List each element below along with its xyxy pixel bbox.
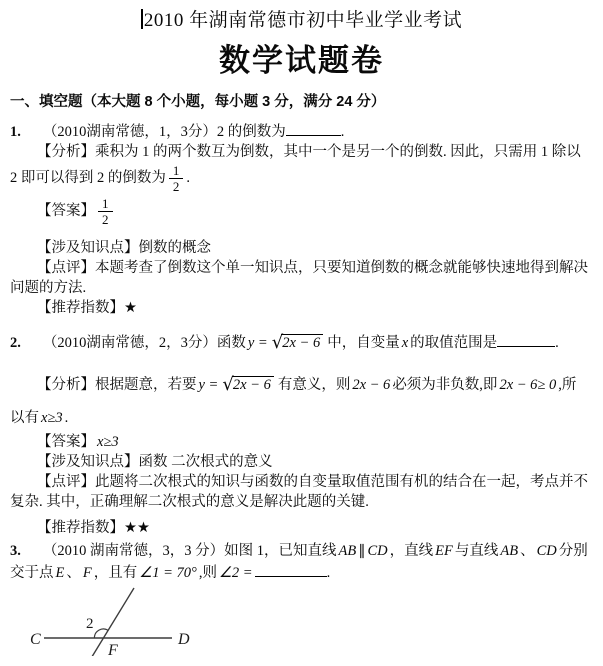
problem-2-knowledge: 【涉及知识点】函数 二次根式的意义 <box>10 452 593 472</box>
problem-1-analysis-line2-period: . <box>186 170 190 186</box>
angle-2-label: 2 <box>86 616 94 632</box>
exam-title: 2010 年湖南常德市初中毕业学业考试 <box>144 10 462 31</box>
stem-text: ，且有 <box>94 565 138 581</box>
math-y-equals: y = <box>248 335 268 351</box>
problem-2-analysis-text: 【分析】根据题意，若要 <box>37 377 197 393</box>
problem-2-answer-label: 【答案】 <box>37 434 95 450</box>
fraction-numerator: 1 <box>98 197 113 213</box>
problem-2-analysis-tail: ,所 <box>558 377 576 393</box>
problem-2-analysis-mid1: 有意义，则 <box>278 377 351 393</box>
math-inequality: x≥3 <box>41 410 63 426</box>
problem-2-analysis-line2: 以有x≥3. <box>10 408 593 428</box>
problem-1-answer-label: 【答案】 <box>37 203 95 219</box>
math-inequality: x≥3 <box>97 434 119 450</box>
math-expr: 2x − 6 <box>352 377 390 393</box>
problem-1-comment-line1: 【点评】本题考查了倒数这个单一知识点，只要知道倒数的概念就能够快速地得到解决 <box>10 258 593 278</box>
rating-label: 【推荐指数】 <box>37 520 124 536</box>
stem-text: 分别 <box>559 543 588 559</box>
fraction-numerator: 1 <box>169 164 184 180</box>
math-point-F: F <box>83 565 92 581</box>
problem-3-number: 3. <box>10 543 21 559</box>
problem-2-analysis-line2-text: 以有 <box>10 410 39 426</box>
problem-1-stem-text: （2010湖南常德，1，3分）2 的倒数为 <box>43 124 286 140</box>
answer-fraction-one-half: 12 <box>98 197 113 227</box>
problem-2-number: 2. <box>10 335 21 351</box>
stem-text: 、 <box>66 565 81 581</box>
math-y-equals: y = <box>199 377 219 393</box>
math-line-CD: CD <box>367 543 387 559</box>
problem-1-analysis-line2: 2 即可以得到 2 的倒数为12. <box>10 162 593 194</box>
math-inequality: 2x − 6≥ 0 <box>499 377 556 393</box>
sqrt-expression: √2x − 6 <box>222 372 275 398</box>
radicand: 2x − 6 <box>281 334 323 351</box>
math-angle-1: ∠1 = 70° <box>139 565 197 581</box>
math-line-AB: AB <box>339 543 357 559</box>
point-D-label: D <box>177 631 190 648</box>
stem-text: ,则 <box>199 565 217 581</box>
exam-title-row: 2010 年湖南常德市初中毕业学业考试 <box>10 8 593 34</box>
problem-1-answer: 【答案】12 <box>10 194 593 228</box>
problem-2-analysis-line2-period: . <box>65 410 69 426</box>
problem-1-analysis-line2-text: 2 即可以得到 2 的倒数为 <box>10 170 166 186</box>
problem-1-stem: 1.（2010湖南常德，1，3分）2 的倒数为. <box>10 122 593 142</box>
problem-2-answer: 【答案】x≥3 <box>10 432 593 452</box>
fraction-one-half: 12 <box>169 164 184 194</box>
problem-2-stem-mid: 中，自变量 <box>327 335 400 351</box>
point-F-label: F <box>107 642 118 656</box>
radicand: 2x − 6 <box>232 376 274 393</box>
problem-2-stem-post: 的取值范围是 <box>410 335 497 351</box>
math-var-x: x <box>402 335 408 351</box>
problem-3-answer-blank <box>255 563 327 577</box>
problem-2-analysis-line1: 【分析】根据题意，若要y =√2x − 6有意义，则2x − 6必须为非负数,即… <box>10 372 593 398</box>
problem-3-stem-line1: 3.（2010 湖南常德，3，3 分）如图 1，已知直线AB∥CD，直线EF与直… <box>10 540 593 562</box>
problem-2-answer-blank <box>497 333 555 347</box>
point-C-label: C <box>30 631 41 648</box>
math-line-AB: AB <box>500 543 518 559</box>
problem-2-comment-line1: 【点评】此题将二次根式的知识与函数的自变量取值范围有机的结合在一起，考点并不 <box>10 472 593 492</box>
stem-text: ，直线 <box>390 543 434 559</box>
problem-2-stem: 2.（2010湖南常德，2，3分）函数y =√2x − 6中，自变量x的取值范围… <box>10 330 593 356</box>
fraction-denominator: 2 <box>169 179 184 194</box>
exam-subtitle: 数学试题卷 <box>10 42 593 80</box>
problem-1-comment-line2: 问题的方法. <box>10 278 593 298</box>
stem-text: 交于点 <box>10 565 54 581</box>
problem-2-analysis-mid2: 必须为非负数,即 <box>392 377 497 393</box>
star-icon: ★★ <box>124 520 150 536</box>
sqrt-expression: √2x − 6 <box>272 330 325 356</box>
stem-text: （2010 湖南常德，3，3 分）如图 1，已知直线 <box>43 543 337 559</box>
problem-1-rating: 【推荐指数】★ <box>10 298 593 318</box>
math-line-CD: CD <box>537 543 557 559</box>
section-heading: 一、填空题（本大题 8 个小题，每小题 3 分，满分 24 分） <box>10 92 593 112</box>
problem-2-comment-line2: 复杂. 其中，正确理解二次根式的意义是解决此题的关键. <box>10 492 593 512</box>
problem-1-analysis-line1: 【分析】乘积为 1 的两个数互为倒数，其中一个是另一个的倒数. 因此，只需用 1… <box>10 142 593 162</box>
parallel-lines-diagram: 2 C D F <box>30 586 240 656</box>
math-point-E: E <box>56 565 65 581</box>
stem-text: 与直线 <box>455 543 499 559</box>
parallel-symbol: ∥ <box>358 543 365 559</box>
exam-document-page: 2010 年湖南常德市初中毕业学业考试 数学试题卷 一、填空题（本大题 8 个小… <box>0 0 603 661</box>
figure-1: 2 C D F <box>30 586 593 661</box>
problem-1-knowledge: 【涉及知识点】倒数的概念 <box>10 238 593 258</box>
math-line-EF: EF <box>435 543 453 559</box>
problem-2-period: . <box>555 335 559 351</box>
fraction-denominator: 2 <box>98 212 113 227</box>
stem-text: 、 <box>520 543 535 559</box>
problem-2-rating: 【推荐指数】★★ <box>10 518 593 538</box>
problem-1-period: . <box>341 124 345 140</box>
problem-2-stem-text: （2010湖南常德，2，3分）函数 <box>43 335 246 351</box>
problem-3-stem-line2: 交于点E、F，且有∠1 = 70°,则∠2 =. <box>10 562 593 584</box>
problem-1-answer-blank <box>286 122 341 136</box>
text-cursor <box>141 9 143 29</box>
rating-label: 【推荐指数】 <box>37 300 124 316</box>
problem-3-period: . <box>327 565 331 581</box>
star-icon: ★ <box>124 300 137 316</box>
problem-1-number: 1. <box>10 124 21 140</box>
math-angle-2: ∠2 = <box>219 565 253 581</box>
